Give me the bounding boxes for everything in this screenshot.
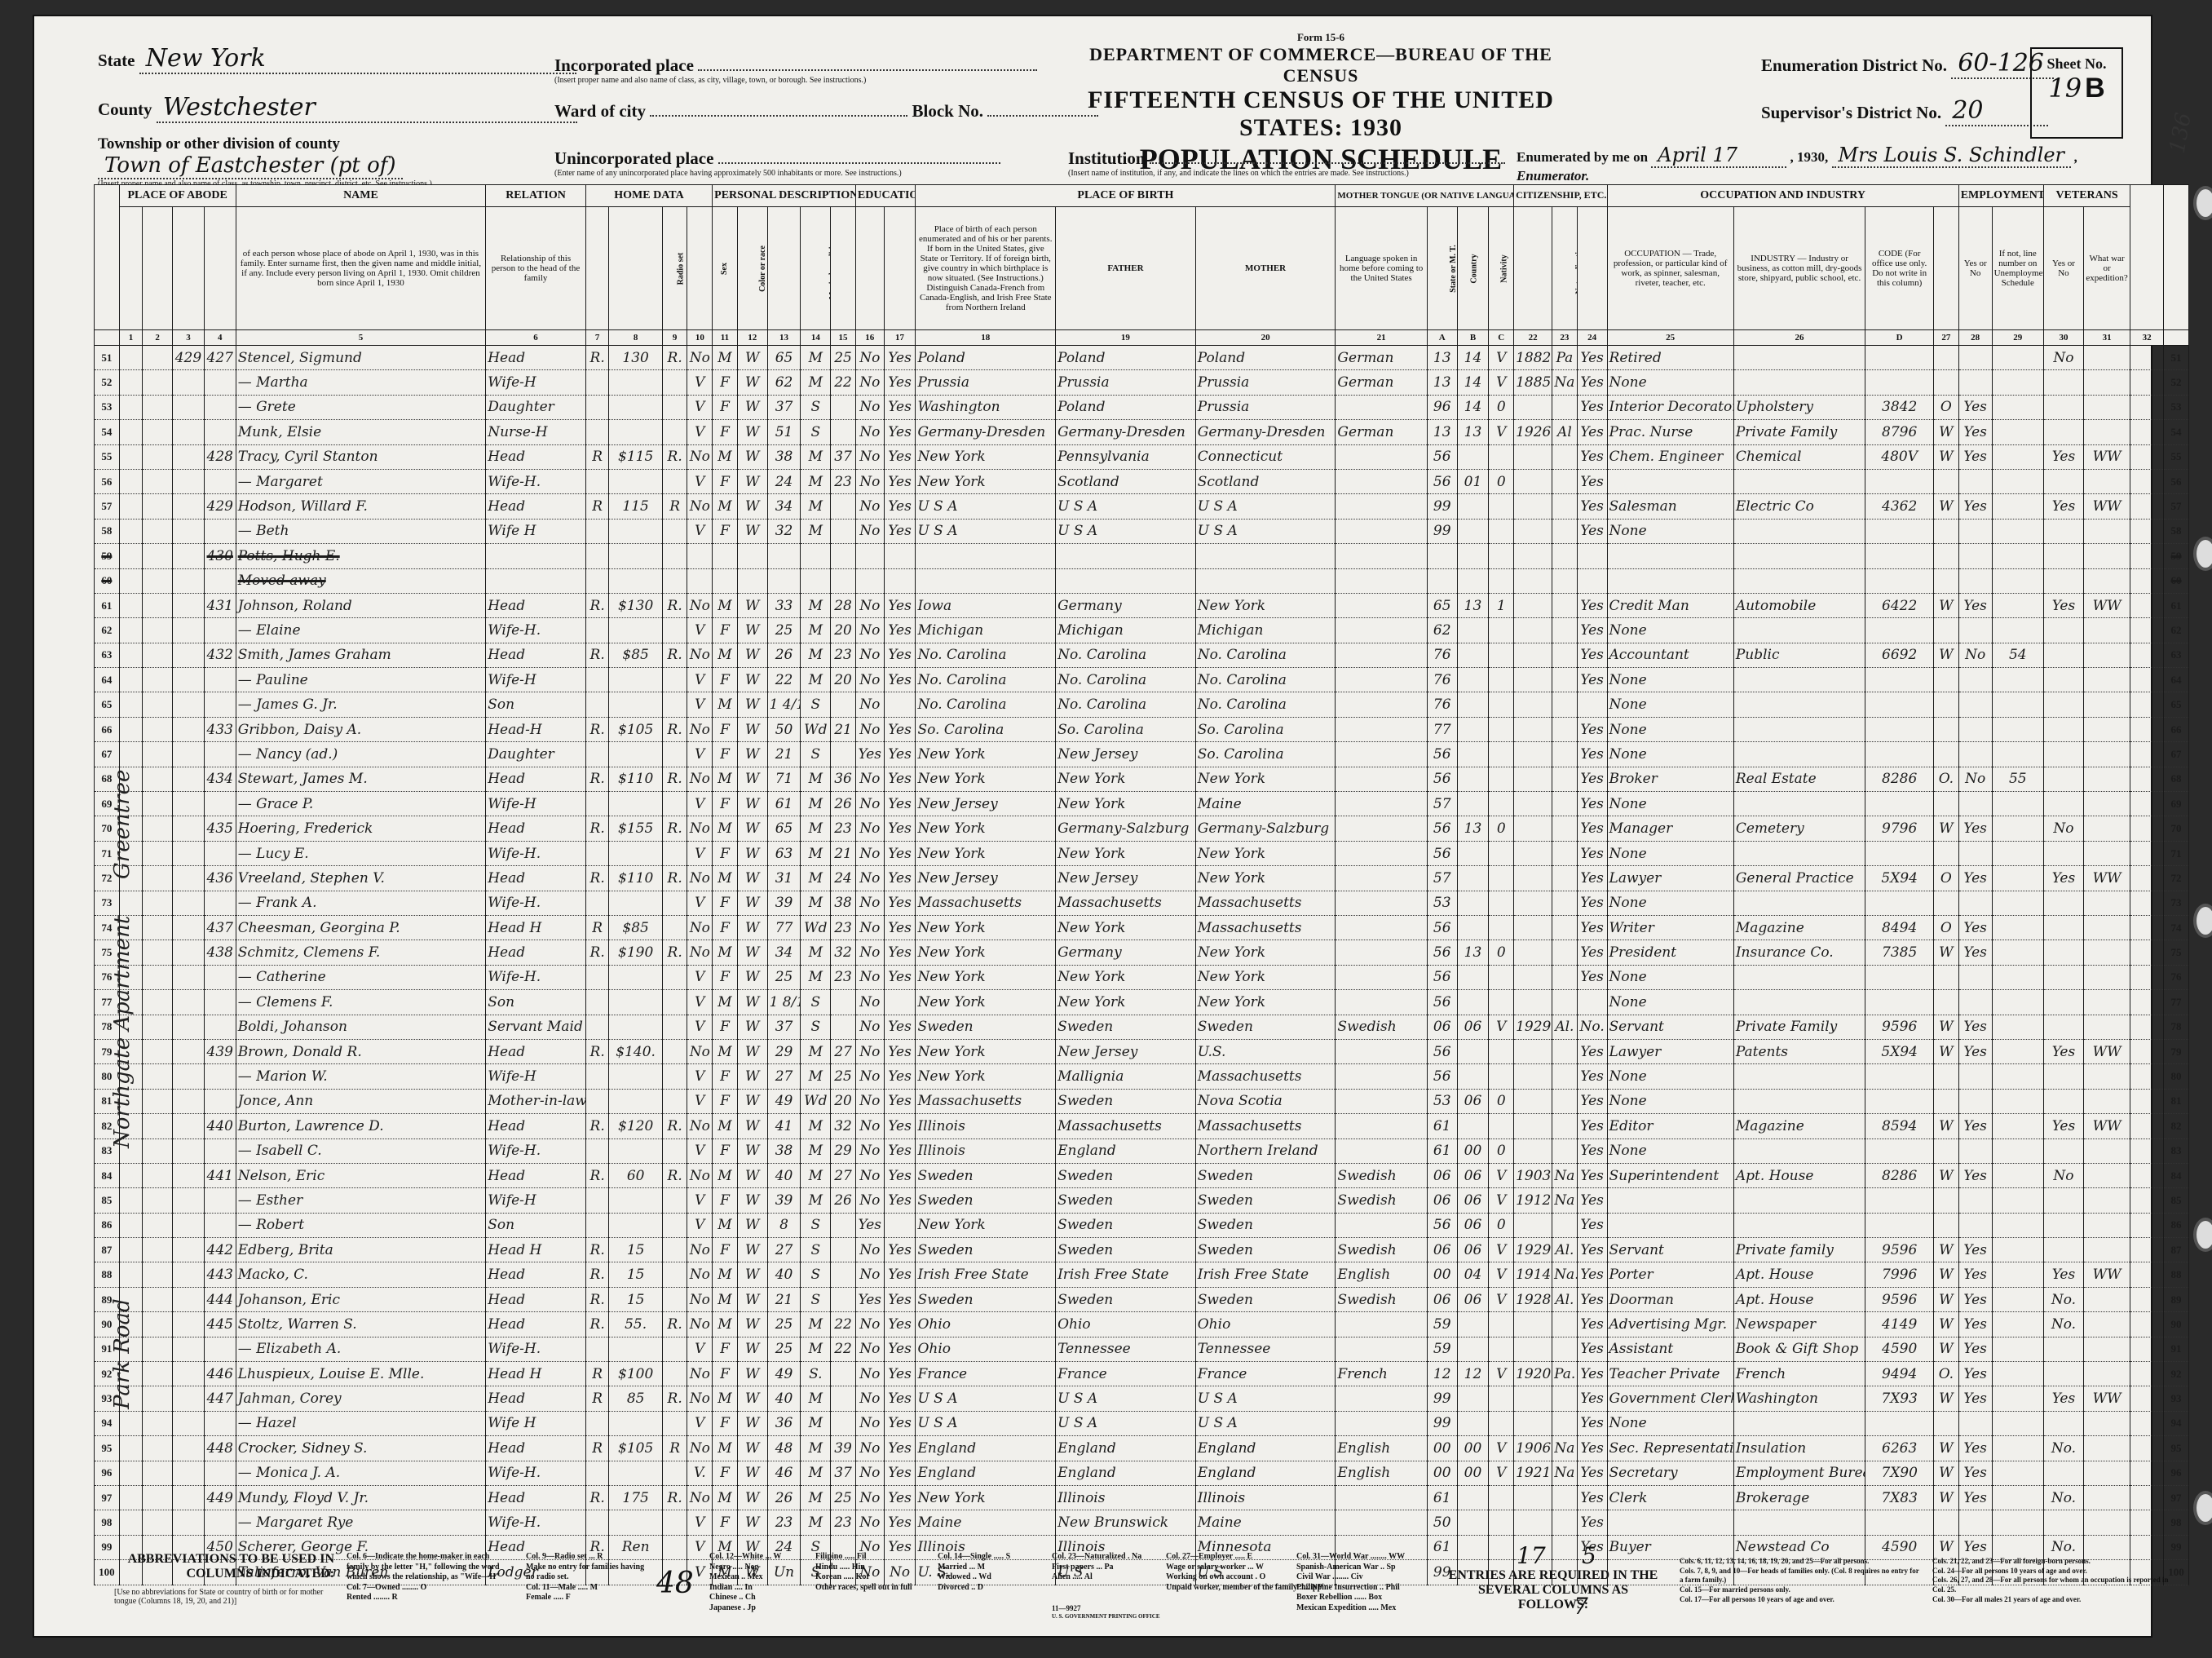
code-cell bbox=[1865, 618, 1934, 643]
birth_p-cell: U S A bbox=[916, 1386, 1056, 1411]
farmsched-cell bbox=[2130, 940, 2164, 965]
war-cell bbox=[2083, 1485, 2130, 1510]
occupation-cell: Credit Man bbox=[1607, 593, 1733, 617]
street-cell bbox=[119, 1362, 143, 1386]
farmsched-cell bbox=[2130, 717, 2164, 741]
line-number: 77 bbox=[2164, 990, 2189, 1015]
occupation-cell: None bbox=[1607, 742, 1733, 767]
line-number: 84 bbox=[2164, 1163, 2189, 1187]
cC-cell bbox=[1489, 519, 1514, 543]
race-cell: W bbox=[737, 767, 767, 791]
farm-cell: V bbox=[687, 618, 713, 643]
table-row: 56— MargaretWife-H.VFW24M23NoYesNew York… bbox=[95, 469, 2189, 493]
house-cell bbox=[143, 568, 173, 593]
cC-cell bbox=[1489, 1312, 1514, 1337]
cB-cell: 06 bbox=[1457, 1015, 1489, 1039]
english-cell: Yes bbox=[1577, 1138, 1607, 1163]
unemp-cell bbox=[1992, 1015, 2043, 1039]
work-cell: Yes bbox=[1958, 1485, 1992, 1510]
read-cell: Yes bbox=[884, 1163, 916, 1187]
read-cell bbox=[884, 568, 916, 593]
immig-cell bbox=[1514, 767, 1552, 791]
line-number: 96 bbox=[2164, 1461, 2189, 1485]
unemp-cell bbox=[1992, 1436, 2043, 1461]
school-cell: No bbox=[855, 1386, 884, 1411]
age-cell: 26 bbox=[767, 1485, 801, 1510]
cA-cell: 13 bbox=[1427, 420, 1457, 444]
owned-cell: R. bbox=[585, 816, 609, 841]
class-cell bbox=[1934, 692, 1959, 717]
english-cell: Yes bbox=[1577, 643, 1607, 667]
line-number: 63 bbox=[95, 643, 120, 667]
footer-col9: Col. 9—Radio set ... R Make no entry for… bbox=[526, 1552, 648, 1603]
tongue-cell bbox=[1336, 668, 1427, 692]
age-cell: 34 bbox=[767, 940, 801, 965]
birth_f-cell: New Jersey bbox=[1056, 1039, 1196, 1063]
school-cell: No bbox=[855, 891, 884, 915]
dwelling-cell bbox=[173, 1362, 205, 1386]
cC-cell: V bbox=[1489, 1238, 1514, 1262]
radio-cell bbox=[662, 841, 687, 865]
age_marr-cell bbox=[831, 544, 856, 568]
name-cell: — Clemens F. bbox=[236, 990, 486, 1015]
industry-cell: Insulation bbox=[1733, 1436, 1865, 1461]
birth_m-cell: Massachusetts bbox=[1195, 915, 1336, 940]
work-cell bbox=[1958, 692, 1992, 717]
school-cell bbox=[855, 568, 884, 593]
owned-cell bbox=[585, 544, 609, 568]
birth_m-cell: Sweden bbox=[1195, 1188, 1336, 1213]
house-cell bbox=[143, 1436, 173, 1461]
cC-cell bbox=[1489, 990, 1514, 1015]
code-cell bbox=[1865, 1411, 1934, 1435]
radio-cell bbox=[662, 1015, 687, 1039]
birth_f-cell: Prussia bbox=[1056, 370, 1196, 395]
industry-cell: Cemetery bbox=[1733, 816, 1865, 841]
cC-cell: V bbox=[1489, 346, 1514, 370]
sex-cell: F bbox=[713, 891, 738, 915]
line-number: 86 bbox=[2164, 1213, 2189, 1237]
industry-cell: Magazine bbox=[1733, 915, 1865, 940]
name-cell: Macko, C. bbox=[236, 1262, 486, 1287]
family-cell: 441 bbox=[204, 1163, 236, 1187]
age-cell bbox=[767, 544, 801, 568]
birth_f-cell: Massachusetts bbox=[1056, 891, 1196, 915]
birth_f-cell: Illinois bbox=[1056, 1485, 1196, 1510]
age-cell: 77 bbox=[767, 915, 801, 940]
line-number: 94 bbox=[95, 1411, 120, 1435]
table-row: 86— RobertSonVMW8SYesNew YorkSwedenSwede… bbox=[95, 1213, 2189, 1237]
table-row: 67— Nancy (ad.)DaughterVFW21SYesYesNew Y… bbox=[95, 742, 2189, 767]
punch-hole bbox=[2193, 537, 2212, 571]
farm-cell: V bbox=[687, 965, 713, 989]
name-cell: Potts, Hugh E. bbox=[236, 544, 486, 568]
line-number: 81 bbox=[2164, 1089, 2189, 1113]
natur-cell bbox=[1552, 841, 1578, 865]
cB-cell bbox=[1457, 1411, 1489, 1435]
family-cell bbox=[204, 1213, 236, 1237]
class-cell: W bbox=[1934, 643, 1959, 667]
vet-cell bbox=[2043, 792, 2083, 816]
age-cell: 25 bbox=[767, 618, 801, 643]
school-cell: No bbox=[855, 1461, 884, 1485]
name-cell: — Catherine bbox=[236, 965, 486, 989]
unemp-cell bbox=[1992, 1138, 2043, 1163]
immig-cell bbox=[1514, 593, 1552, 617]
relation-cell: Wife-H. bbox=[486, 841, 586, 865]
street-cell bbox=[119, 742, 143, 767]
occupation-cell bbox=[1607, 469, 1733, 493]
table-row: 95448Crocker, Sidney S.HeadR$105RNoMW48M… bbox=[95, 1436, 2189, 1461]
work-cell bbox=[1958, 544, 1992, 568]
cC-cell: 0 bbox=[1489, 1213, 1514, 1237]
read-cell: Yes bbox=[884, 593, 916, 617]
birth_m-cell: Tennessee bbox=[1195, 1337, 1336, 1361]
street-cell bbox=[119, 395, 143, 419]
tongue-cell bbox=[1336, 915, 1427, 940]
race-cell: W bbox=[737, 1262, 767, 1287]
birth_m-cell: So. Carolina bbox=[1195, 742, 1336, 767]
street-cell bbox=[119, 1138, 143, 1163]
relation-cell: Head bbox=[486, 816, 586, 841]
census-rows: 51429427Stencel, SigmundHeadR.130R.NoMW6… bbox=[95, 346, 2189, 1585]
farm-cell: V bbox=[687, 395, 713, 419]
birth_p-cell: New York bbox=[916, 767, 1056, 791]
age_marr-cell: 29 bbox=[831, 1138, 856, 1163]
marital-cell: Wd bbox=[801, 1089, 831, 1113]
line-number: 70 bbox=[95, 816, 120, 841]
sex-cell: M bbox=[713, 990, 738, 1015]
cB-cell bbox=[1457, 792, 1489, 816]
column-number: 21 bbox=[1336, 330, 1427, 346]
cB-cell: 06 bbox=[1457, 1089, 1489, 1113]
read-cell: Yes bbox=[884, 618, 916, 643]
natur-cell: Na bbox=[1552, 1163, 1578, 1187]
name-cell: Stencel, Sigmund bbox=[236, 346, 486, 370]
race-cell: W bbox=[737, 1287, 767, 1311]
age_marr-cell bbox=[831, 742, 856, 767]
tongue-cell bbox=[1336, 444, 1427, 469]
natur-cell: Na bbox=[1552, 1188, 1578, 1213]
sex-cell: F bbox=[713, 1064, 738, 1089]
birth_f-cell: Germany-Salzburg bbox=[1056, 816, 1196, 841]
english-cell: Yes bbox=[1577, 1485, 1607, 1510]
dwelling-cell bbox=[173, 420, 205, 444]
occupation-cell: Clerk bbox=[1607, 1485, 1733, 1510]
industry-cell: Insurance Co. bbox=[1733, 940, 1865, 965]
sex-cell: F bbox=[713, 965, 738, 989]
birth_m-cell: U S A bbox=[1195, 1386, 1336, 1411]
birth_m-cell: Michigan bbox=[1195, 618, 1336, 643]
unemp-cell bbox=[1992, 841, 2043, 865]
dwelling-cell bbox=[173, 915, 205, 940]
birth_m-cell: Sweden bbox=[1195, 1238, 1336, 1262]
immig-cell: 1912 bbox=[1514, 1188, 1552, 1213]
immig-cell: 1929 bbox=[1514, 1015, 1552, 1039]
vet-cell bbox=[2043, 618, 2083, 643]
group-relation: RELATION bbox=[486, 185, 586, 207]
owned-cell bbox=[585, 568, 609, 593]
dwelling-cell bbox=[173, 742, 205, 767]
tongue-cell bbox=[1336, 866, 1427, 891]
war-cell bbox=[2083, 767, 2130, 791]
family-cell bbox=[204, 420, 236, 444]
relation-cell: Son bbox=[486, 1213, 586, 1237]
sex-cell: F bbox=[713, 420, 738, 444]
natur-cell: Na bbox=[1552, 1461, 1578, 1485]
farmsched-cell bbox=[2130, 891, 2164, 915]
race-cell: W bbox=[737, 1436, 767, 1461]
radio-cell bbox=[662, 1362, 687, 1386]
table-row: 89444Johanson, EricHeadR.15NoMW21SYesYes… bbox=[95, 1287, 2189, 1311]
line-number: 68 bbox=[95, 767, 120, 791]
tongue-cell bbox=[1336, 1064, 1427, 1089]
family-cell: 444 bbox=[204, 1287, 236, 1311]
house-cell bbox=[143, 370, 173, 395]
birth_p-cell: New York bbox=[916, 940, 1056, 965]
birth_f-cell: Germany bbox=[1056, 940, 1196, 965]
occupation-cell: None bbox=[1607, 990, 1733, 1015]
race-cell: W bbox=[737, 1510, 767, 1535]
radio-cell bbox=[662, 792, 687, 816]
school-cell: No bbox=[855, 816, 884, 841]
family-cell: 433 bbox=[204, 717, 236, 741]
name-cell: Mundy, Floyd V. Jr. bbox=[236, 1485, 486, 1510]
birth_p-cell: New York bbox=[916, 444, 1056, 469]
family-cell: 448 bbox=[204, 1436, 236, 1461]
value-cell: 60 bbox=[609, 1163, 662, 1187]
natur-cell bbox=[1552, 1386, 1578, 1411]
vet-cell: Yes bbox=[2043, 593, 2083, 617]
marital-cell: M bbox=[801, 816, 831, 841]
cB-cell bbox=[1457, 866, 1489, 891]
line-number: 74 bbox=[95, 915, 120, 940]
group-education: EDUCATION bbox=[855, 185, 916, 207]
marital-cell bbox=[801, 544, 831, 568]
radio-cell bbox=[662, 618, 687, 643]
birth_p-cell: New York bbox=[916, 990, 1056, 1015]
birth_f-cell: Sweden bbox=[1056, 1089, 1196, 1113]
cC-cell bbox=[1489, 568, 1514, 593]
occupation-cell: Teacher Private bbox=[1607, 1362, 1733, 1386]
dwelling-cell bbox=[173, 1015, 205, 1039]
farmsched-cell bbox=[2130, 668, 2164, 692]
farmsched-cell bbox=[2130, 1386, 2164, 1411]
name-cell: Schmitz, Clemens F. bbox=[236, 940, 486, 965]
immig-cell bbox=[1514, 668, 1552, 692]
birth_p-cell: Poland bbox=[916, 346, 1056, 370]
owned-cell bbox=[585, 1089, 609, 1113]
race-cell: W bbox=[737, 866, 767, 891]
farm-cell: No bbox=[687, 494, 713, 519]
radio-cell bbox=[662, 1039, 687, 1063]
natur-cell: Na bbox=[1552, 1436, 1578, 1461]
birth_f-cell: Massachusetts bbox=[1056, 1114, 1196, 1138]
work-cell: Yes bbox=[1958, 1015, 1992, 1039]
unemp-cell bbox=[1992, 346, 2043, 370]
class-cell bbox=[1934, 841, 1959, 865]
dwelling-cell bbox=[173, 395, 205, 419]
code-cell bbox=[1865, 370, 1934, 395]
vet-cell bbox=[2043, 717, 2083, 741]
cB-cell bbox=[1457, 717, 1489, 741]
age-cell: 32 bbox=[767, 519, 801, 543]
radio-cell bbox=[662, 1089, 687, 1113]
owned-cell bbox=[585, 891, 609, 915]
birth_p-cell: New York bbox=[916, 1064, 1056, 1089]
vet-cell bbox=[2043, 742, 2083, 767]
birth_p-cell: New Jersey bbox=[916, 866, 1056, 891]
occupation-cell: None bbox=[1607, 1089, 1733, 1113]
street-cell bbox=[119, 866, 143, 891]
cB-cell bbox=[1457, 1114, 1489, 1138]
name-cell: — Margaret bbox=[236, 469, 486, 493]
cC-cell: 0 bbox=[1489, 940, 1514, 965]
english-cell: Yes bbox=[1577, 841, 1607, 865]
farm-cell: No bbox=[687, 1485, 713, 1510]
line-number: 97 bbox=[95, 1485, 120, 1510]
vet-cell bbox=[2043, 544, 2083, 568]
name-cell: Hodson, Willard F. bbox=[236, 494, 486, 519]
birth_m-cell: England bbox=[1195, 1461, 1336, 1485]
farmsched-cell bbox=[2130, 618, 2164, 643]
natur-cell bbox=[1552, 668, 1578, 692]
radio-cell bbox=[662, 1262, 687, 1287]
birth_f-cell: England bbox=[1056, 1461, 1196, 1485]
vet-cell bbox=[2043, 965, 2083, 989]
line-number: 94 bbox=[2164, 1411, 2189, 1435]
cA-cell: 56 bbox=[1427, 1064, 1457, 1089]
value-cell: 15 bbox=[609, 1238, 662, 1262]
farm-cell: No bbox=[687, 1362, 713, 1386]
read-cell: Yes bbox=[884, 346, 916, 370]
age_marr-cell bbox=[831, 1213, 856, 1237]
table-row: 90445Stoltz, Warren S.HeadR.55.R.NoMW25M… bbox=[95, 1312, 2189, 1337]
table-row: 83— Isabell C.Wife-H.VFW38M29NoYesIllino… bbox=[95, 1138, 2189, 1163]
radio-cell bbox=[662, 1411, 687, 1435]
war-cell bbox=[2083, 1287, 2130, 1311]
line-number: 79 bbox=[95, 1039, 120, 1063]
house-cell bbox=[143, 1163, 173, 1187]
birth_f-cell: U S A bbox=[1056, 1386, 1196, 1411]
cC-cell bbox=[1489, 866, 1514, 891]
table-row: 53— GreteDaughterVFW37SNoYesWashingtonPo… bbox=[95, 395, 2189, 419]
read-cell: Yes bbox=[884, 965, 916, 989]
age-cell: 40 bbox=[767, 1163, 801, 1187]
cA-cell: 13 bbox=[1427, 370, 1457, 395]
code-cell: 7X93 bbox=[1865, 1386, 1934, 1411]
line-number: 78 bbox=[95, 1015, 120, 1039]
marital-cell: M bbox=[801, 1386, 831, 1411]
owned-cell: R bbox=[585, 1386, 609, 1411]
read-cell: Yes bbox=[884, 1312, 916, 1337]
vet-cell bbox=[2043, 1238, 2083, 1262]
table-row: 88443Macko, C.HeadR.15NoMW40SNoYesIrish … bbox=[95, 1262, 2189, 1287]
age-cell: 38 bbox=[767, 444, 801, 469]
cB-cell bbox=[1457, 1386, 1489, 1411]
birth_m-cell: Northern Ireland bbox=[1195, 1138, 1336, 1163]
tongue-cell: Swedish bbox=[1336, 1015, 1427, 1039]
war-cell bbox=[2083, 1362, 2130, 1386]
owned-cell bbox=[585, 1064, 609, 1089]
industry-cell: Electric Co bbox=[1733, 494, 1865, 519]
age-cell: 1 8/12 bbox=[767, 990, 801, 1015]
war-cell bbox=[2083, 1461, 2130, 1485]
industry-cell: Apt. House bbox=[1733, 1262, 1865, 1287]
sex-cell: F bbox=[713, 792, 738, 816]
work-cell: Yes bbox=[1958, 1163, 1992, 1187]
dwelling-cell bbox=[173, 1039, 205, 1063]
birth_m-cell: So. Carolina bbox=[1195, 717, 1336, 741]
radio-cell: R. bbox=[662, 866, 687, 891]
birth_f-cell: Poland bbox=[1056, 395, 1196, 419]
english-cell: Yes bbox=[1577, 742, 1607, 767]
relation-cell: Head bbox=[486, 346, 586, 370]
owned-cell bbox=[585, 841, 609, 865]
line-number: 66 bbox=[2164, 717, 2189, 741]
line-number: 56 bbox=[2164, 469, 2189, 493]
cB-cell bbox=[1457, 568, 1489, 593]
value-cell: 175 bbox=[609, 1485, 662, 1510]
school-cell: No bbox=[855, 1436, 884, 1461]
cB-cell bbox=[1457, 1064, 1489, 1089]
street-cell bbox=[119, 816, 143, 841]
farm-cell: V bbox=[687, 1213, 713, 1237]
line-number: 61 bbox=[95, 593, 120, 617]
industry-cell: Apt. House bbox=[1733, 1163, 1865, 1187]
school-cell: No bbox=[855, 668, 884, 692]
class-cell: W bbox=[1934, 1337, 1959, 1361]
race-cell: W bbox=[737, 420, 767, 444]
school-cell: Yes bbox=[855, 1287, 884, 1311]
column-number: C bbox=[1489, 330, 1514, 346]
value-cell bbox=[609, 1015, 662, 1039]
cA-cell: 56 bbox=[1427, 1213, 1457, 1237]
war-cell bbox=[2083, 990, 2130, 1015]
school-cell: No bbox=[855, 990, 884, 1015]
dwelling-cell bbox=[173, 965, 205, 989]
cA-cell: 56 bbox=[1427, 1039, 1457, 1063]
natur-cell bbox=[1552, 643, 1578, 667]
unemp-cell bbox=[1992, 1213, 2043, 1237]
value-cell bbox=[609, 1411, 662, 1435]
industry-cell bbox=[1733, 891, 1865, 915]
marital-cell: M bbox=[801, 792, 831, 816]
table-row: 85— EstherWife-HVFW39M26NoYesSwedenSwede… bbox=[95, 1188, 2189, 1213]
radio-cell bbox=[662, 1461, 687, 1485]
value-cell bbox=[609, 469, 662, 493]
street-cell bbox=[119, 990, 143, 1015]
dwelling-cell bbox=[173, 1163, 205, 1187]
line-number: 80 bbox=[95, 1064, 120, 1089]
dwelling-cell bbox=[173, 841, 205, 865]
farm-cell: V bbox=[687, 891, 713, 915]
family-cell bbox=[204, 965, 236, 989]
table-row: 63432Smith, James GrahamHeadR.$85R.NoMW2… bbox=[95, 643, 2189, 667]
code-cell: 9596 bbox=[1865, 1238, 1934, 1262]
name-cell: Moved away bbox=[236, 568, 486, 593]
age-cell: 37 bbox=[767, 395, 801, 419]
school-cell: No bbox=[855, 1138, 884, 1163]
tongue-cell bbox=[1336, 841, 1427, 865]
code-cell bbox=[1865, 742, 1934, 767]
line-number: 90 bbox=[95, 1312, 120, 1337]
sex-cell: M bbox=[713, 816, 738, 841]
table-row: 72436Vreeland, Stephen V.HeadR.$110R.NoM… bbox=[95, 866, 2189, 891]
industry-cell: Private Family bbox=[1733, 420, 1865, 444]
race-cell: W bbox=[737, 1337, 767, 1361]
table-row: 57429Hodson, Willard F.HeadR115RNoMW34MN… bbox=[95, 494, 2189, 519]
